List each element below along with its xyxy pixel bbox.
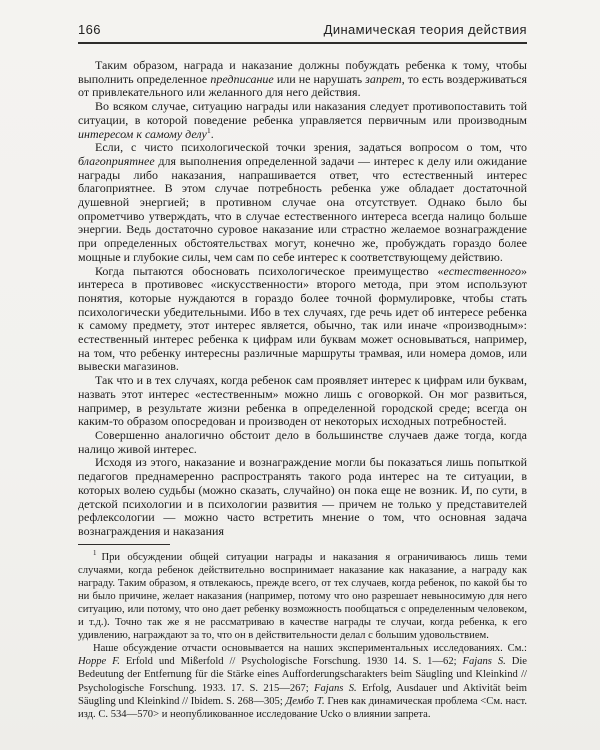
body-paragraph: Когда пытаются обосновать психологическо… bbox=[78, 265, 527, 375]
body-paragraph: Исходя из этого, наказание и вознагражде… bbox=[78, 456, 527, 538]
book-page: 166 Динамическая теория действия Таким о… bbox=[0, 0, 600, 750]
body-paragraph: Во всяком случае, ситуацию награды или н… bbox=[78, 100, 527, 141]
body-paragraph: Совершенно аналогично обстоит дело в бол… bbox=[78, 429, 527, 456]
footnote: 1При обсуждении общей ситуации награды и… bbox=[78, 551, 527, 643]
page-content: 166 Динамическая теория действия Таким о… bbox=[78, 22, 527, 721]
body-paragraph: Таким образом, награда и наказание должн… bbox=[78, 59, 527, 100]
page-number: 166 bbox=[78, 22, 101, 37]
body-paragraph: Если, с чисто психологической точки зрен… bbox=[78, 141, 527, 264]
footnotes-block: 1При обсуждении общей ситуации награды и… bbox=[78, 551, 527, 721]
running-title: Динамическая теория действия bbox=[324, 22, 527, 37]
body-text: Таким образом, награда и наказание должн… bbox=[78, 59, 527, 539]
footnote: Наше обсуждение отчасти основывается на … bbox=[78, 642, 527, 721]
page-header: 166 Динамическая теория действия bbox=[78, 22, 527, 44]
body-paragraph: Так что и в тех случаях, когда ребенок с… bbox=[78, 374, 527, 429]
footnote-separator bbox=[78, 544, 170, 545]
